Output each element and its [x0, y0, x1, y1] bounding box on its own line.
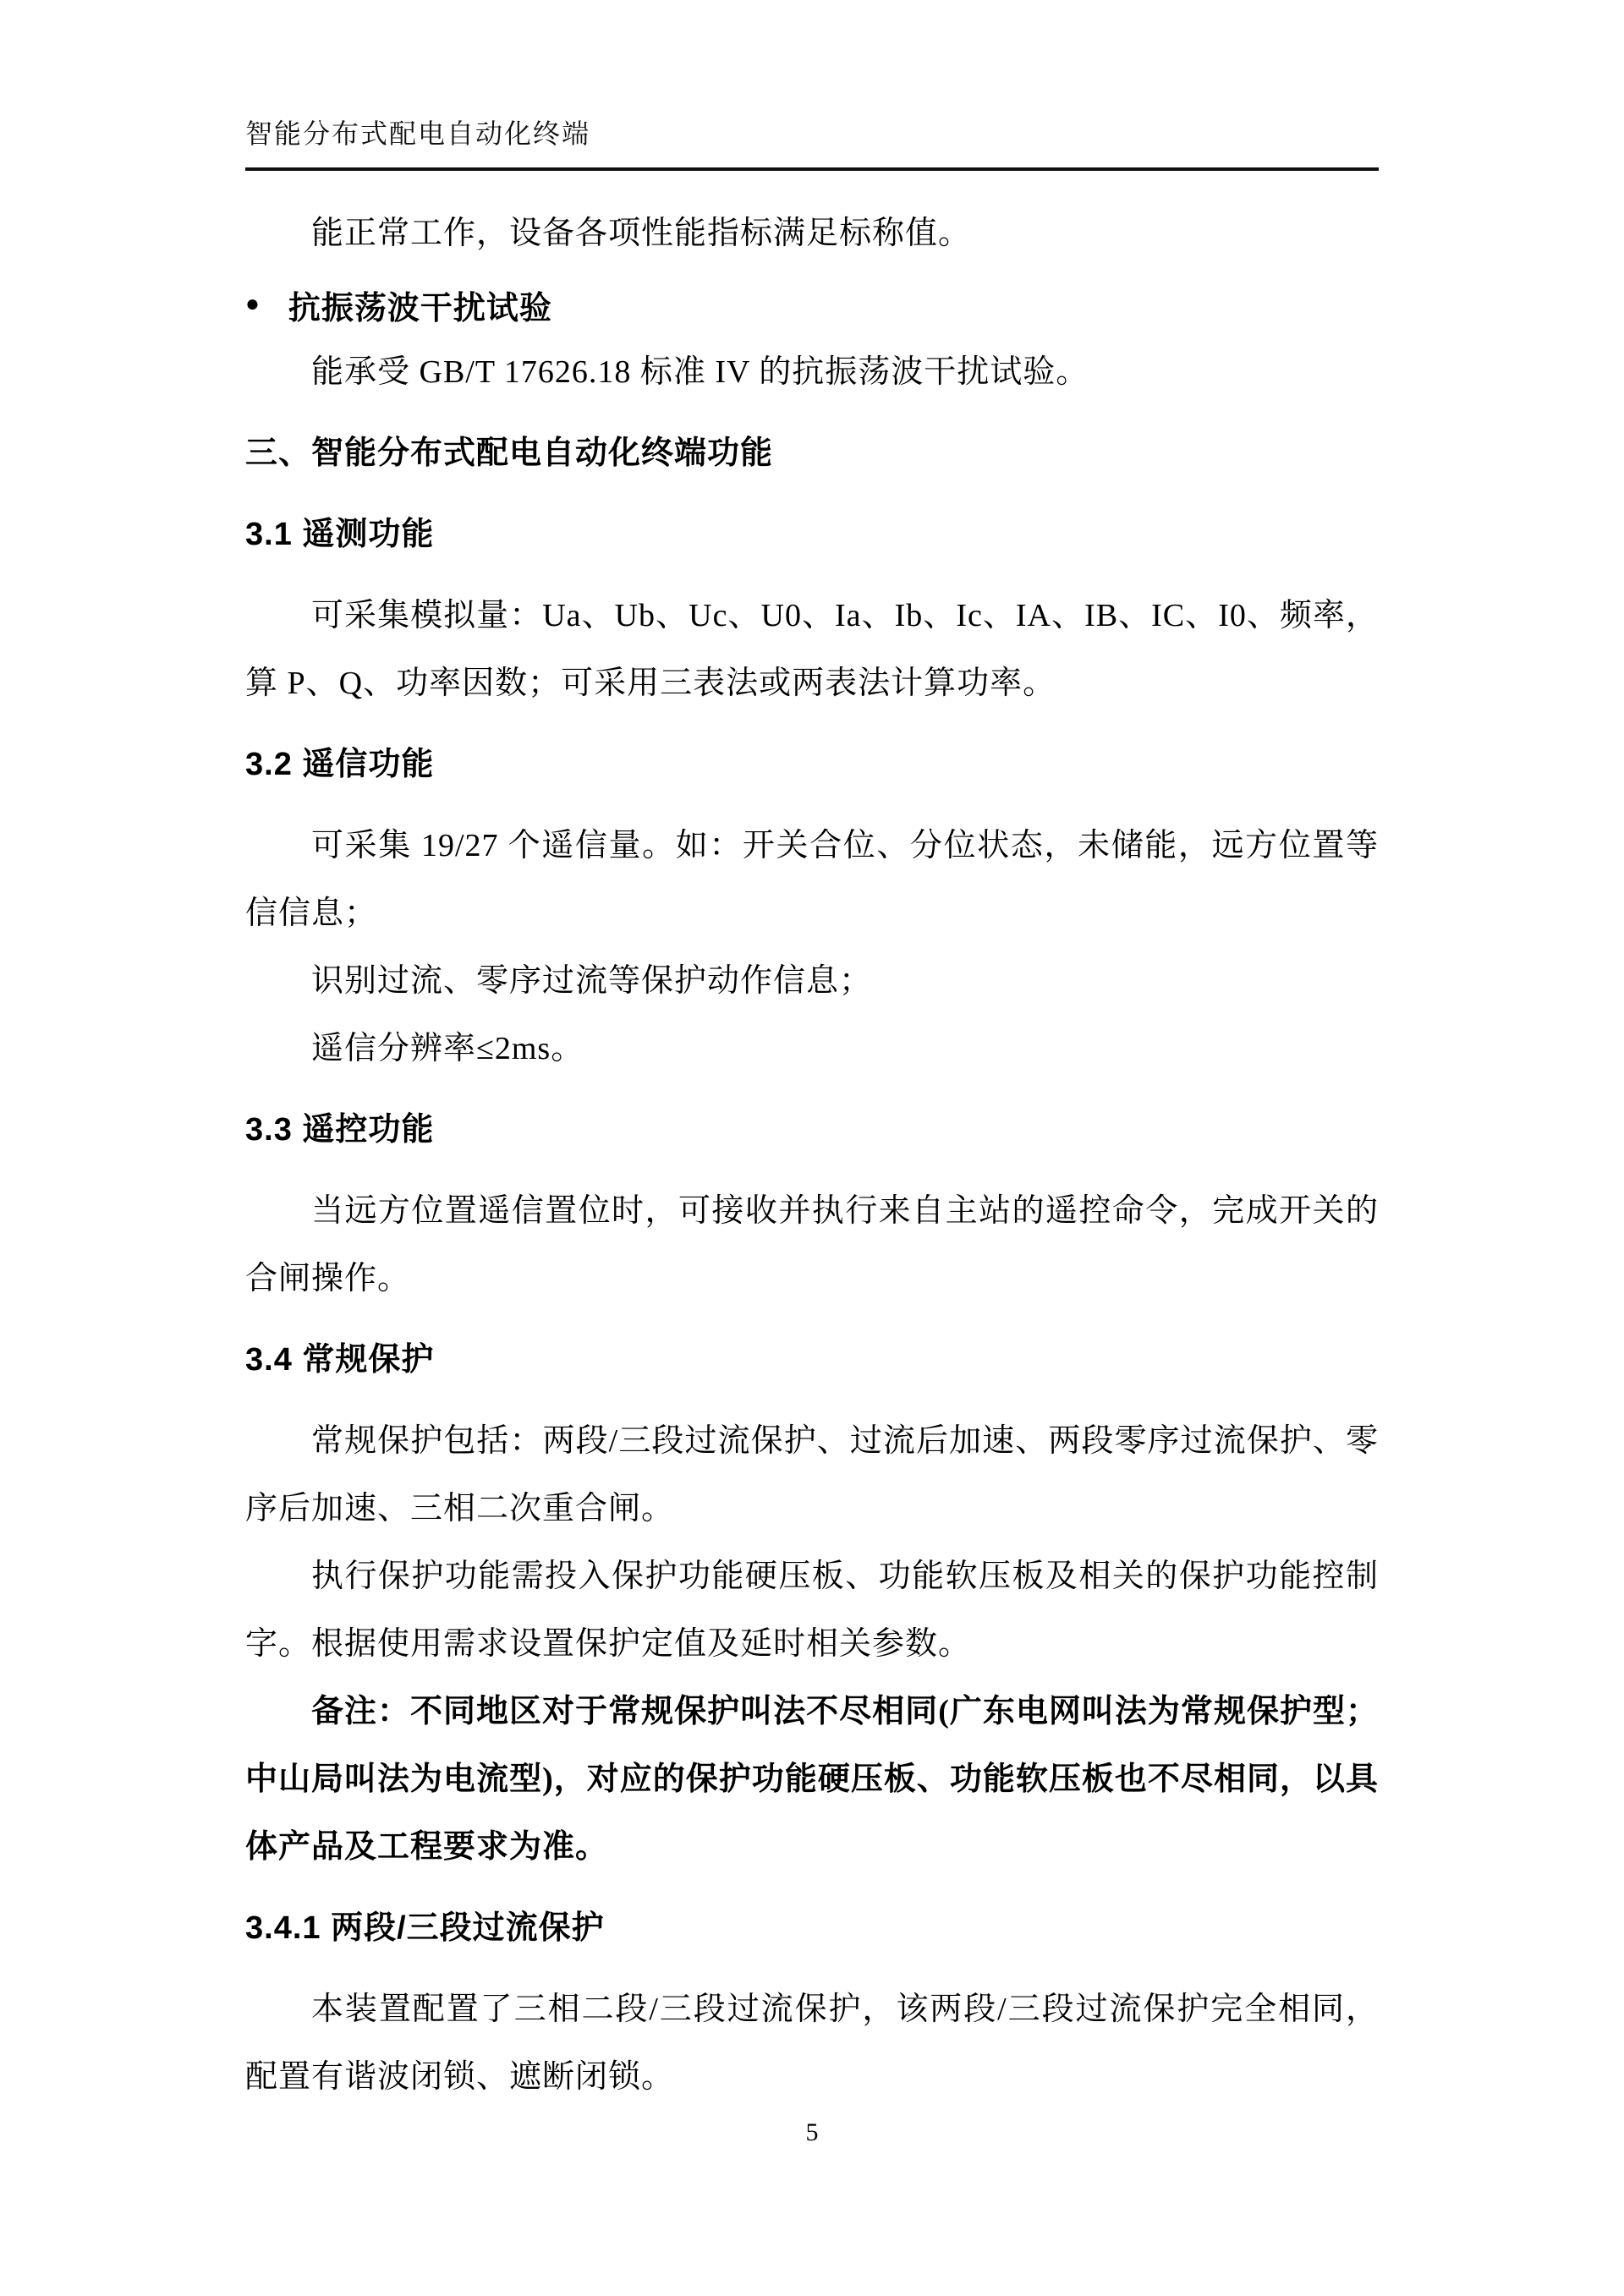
paragraph-line: 当远方位置遥信置位时，可接收并执行来自主站的遥控命令，完成开关的分、 [245, 1177, 1379, 1245]
section-heading-3-2: 3.2 遥信功能 [245, 731, 1379, 798]
section-heading-3-4-1: 3.4.1 两段/三段过流保护 [245, 1894, 1379, 1962]
remark-line: 中山局叫法为电流型)，对应的保护功能硬压板、功能软压板也不尽相同，以具 [245, 1745, 1379, 1813]
document-content: 能正常工作，设备各项性能指标满足标称值。 ● 抗振荡波干扰试验 能承受 GB/T… [245, 200, 1379, 2111]
paragraph-line: 合闸操作。 [245, 1245, 1379, 1312]
page-number: 5 [806, 2118, 819, 2146]
header-title: 智能分布式配电自动化终端 [245, 117, 1379, 151]
paragraph-line: 常规保护包括：两段/三段过流保护、过流后加速、两段零序过流保护、零 [245, 1407, 1379, 1475]
paragraph-line: 识别过流、零序过流等保护动作信息； [245, 947, 1379, 1015]
paragraph-line: 可采集 19/27 个遥信量。如：开关合位、分位状态，未储能，远方位置等遥 [245, 812, 1379, 879]
document-page: 智能分布式配电自动化终端 能正常工作，设备各项性能指标满足标称值。 ● 抗振荡波… [0, 0, 1624, 2296]
header-rule [245, 167, 1379, 171]
paragraph-line: 执行保护功能需投入保护功能硬压板、功能软压板及相关的保护功能控制 [245, 1543, 1379, 1610]
paragraph-line: 可采集模拟量：Ua、Ub、Uc、U0、Ia、Ib、Ic、IA、IB、IC、I0、… [245, 582, 1379, 649]
page-header: 智能分布式配电自动化终端 [245, 117, 1379, 171]
remark-line: 备注：不同地区对于常规保护叫法不尽相同(广东电网叫法为常规保护型； [245, 1678, 1379, 1745]
bullet-item-label: 抗振荡波干扰试验 [288, 282, 552, 328]
section-heading-3-3: 3.3 遥控功能 [245, 1096, 1379, 1164]
section-heading-3-1: 3.1 遥测功能 [245, 501, 1379, 568]
paragraph-line: 本装置配置了三相二段/三段过流保护，该两段/三段过流保护完全相同，还 [245, 1975, 1379, 2043]
remark-line: 体产品及工程要求为准。 [245, 1813, 1379, 1881]
paragraph-line: 能承受 GB/T 17626.18 标准 IV 的抗振荡波干扰试验。 [245, 338, 1379, 406]
paragraph-line: 能正常工作，设备各项性能指标满足标称值。 [245, 200, 1379, 267]
paragraph-line: 序后加速、三相二次重合闸。 [245, 1475, 1379, 1543]
paragraph-line: 遥信分辨率≤2ms。 [245, 1015, 1379, 1082]
section-heading-chapter-3: 三、智能分布式配电自动化终端功能 [245, 419, 1379, 487]
paragraph-line: 算 P、Q、功率因数；可采用三表法或两表法计算功率。 [245, 649, 1379, 717]
page-body: 智能分布式配电自动化终端 能正常工作，设备各项性能指标满足标称值。 ● 抗振荡波… [0, 0, 1624, 2111]
page-footer: 5 [0, 2118, 1624, 2147]
paragraph-line: 配置有谐波闭锁、遮断闭锁。 [245, 2043, 1379, 2111]
paragraph-line: 字。根据使用需求设置保护定值及延时相关参数。 [245, 1610, 1379, 1678]
bullet-icon: ● [245, 271, 260, 338]
paragraph-line: 信信息； [245, 879, 1379, 947]
bullet-item: ● 抗振荡波干扰试验 [245, 271, 1379, 338]
section-heading-3-4: 3.4 常规保护 [245, 1326, 1379, 1394]
